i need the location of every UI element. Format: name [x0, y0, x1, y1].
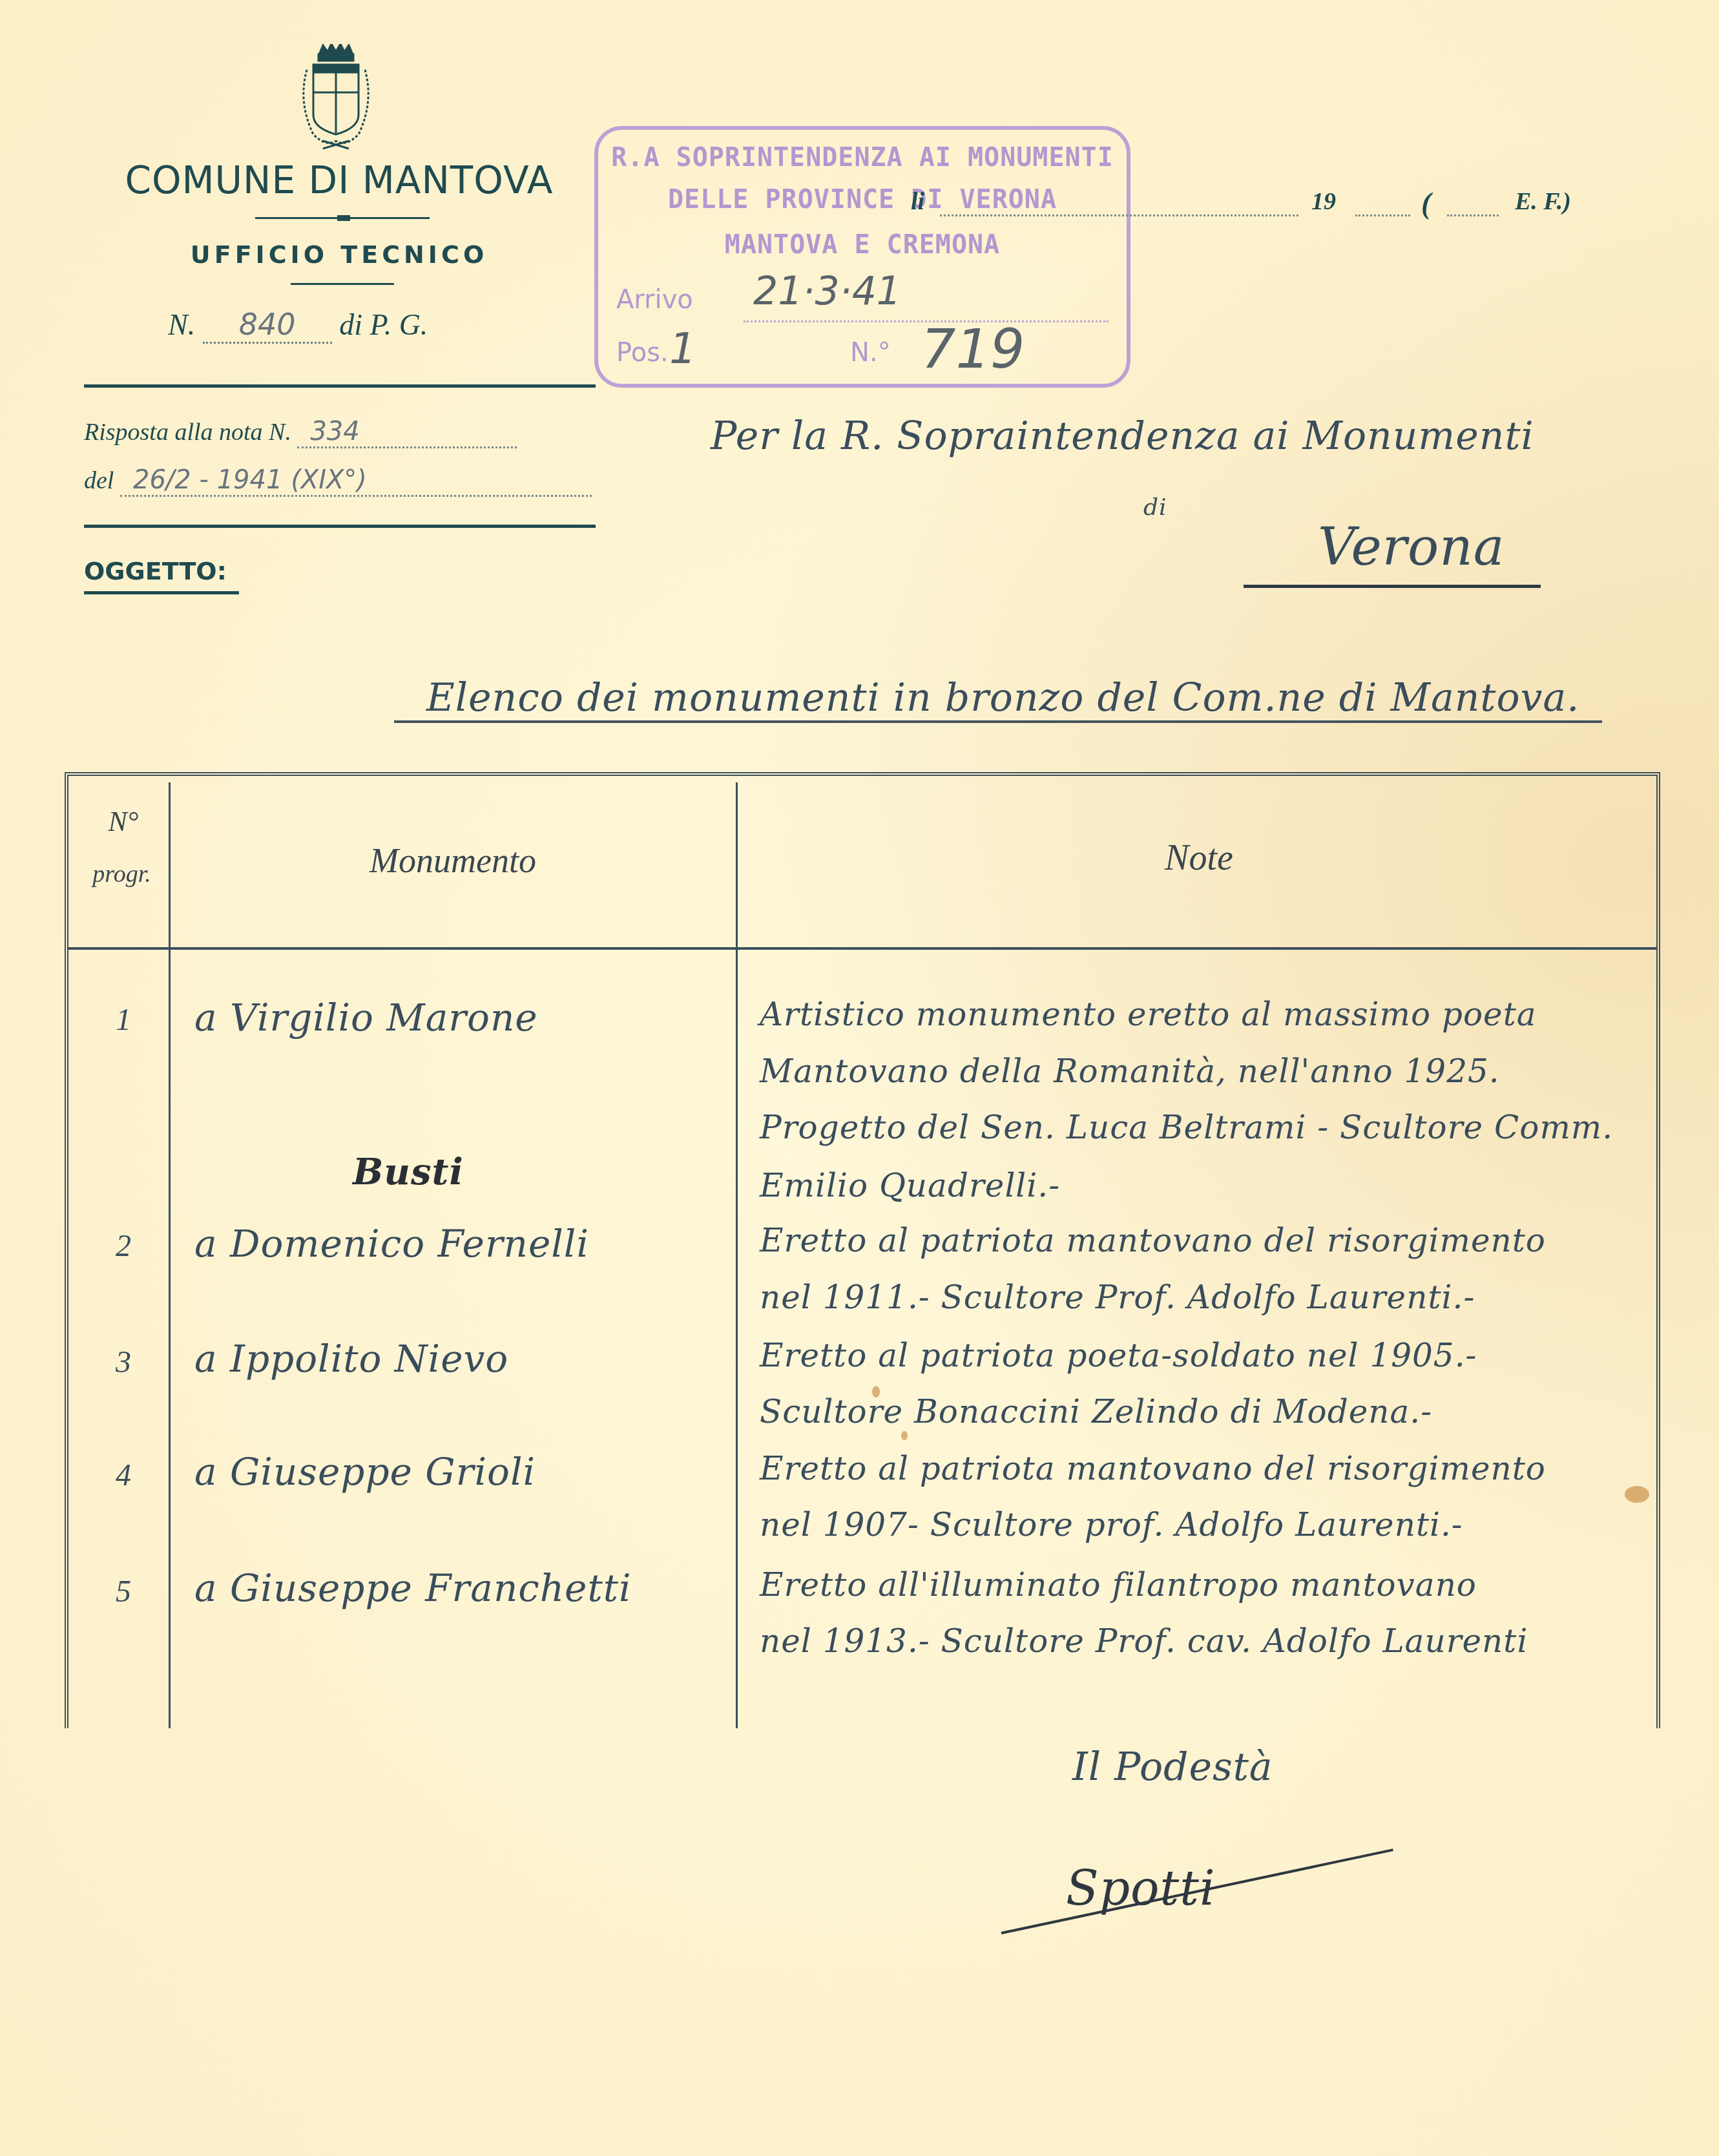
stamp-line-3: MANTOVA E CREMONA — [598, 230, 1127, 260]
office-title: UFFICIO TECNICO — [84, 240, 594, 269]
stamp-position-value: 1 — [669, 324, 696, 373]
paper-stain — [1625, 1486, 1649, 1503]
reply-reference-line: Risposta alla nota N. 334 — [84, 417, 517, 448]
row-number: 5 — [81, 1574, 165, 1609]
era-paren: ( — [1421, 186, 1431, 220]
header-separator — [68, 947, 1656, 950]
stamp-number-value: 719 — [921, 317, 1025, 381]
stamp-line-2: DELLE PROVINCE DI VERONA — [598, 185, 1127, 215]
del-label: del — [84, 467, 114, 494]
row-note-line: nel 1907- Scultore prof. Adolfo Laurenti… — [760, 1506, 1463, 1544]
row-monument: a Virgilio Marone — [194, 996, 538, 1040]
header-number: N° — [88, 805, 159, 838]
stamp-line-1: R.A SOPRINTENDENZA AI MONUMENTI — [598, 143, 1127, 173]
reply-date-field[interactable]: 26/2 - 1941 (XIX°) — [120, 465, 592, 497]
row-note-line: Eretto al patriota mantovano del risorgi… — [760, 1450, 1546, 1487]
protocol-number-line: N. 840 di P. G. — [168, 307, 428, 344]
row-note-line: Eretto al patriota mantovano del risorgi… — [760, 1222, 1546, 1259]
document-subject: Elenco dei monumenti in bronzo del Com.n… — [426, 675, 1579, 720]
reply-number-field[interactable]: 334 — [297, 417, 517, 448]
row-monument: a Domenico Fernelli — [194, 1222, 589, 1266]
subject-label-underline — [84, 591, 239, 594]
row-number: 1 — [81, 1002, 165, 1038]
row-note-line: Mantovano della Romanità, nell'anno 1925… — [760, 1052, 1500, 1090]
row-note-line: Eretto al patriota poeta-soldato nel 190… — [760, 1337, 1477, 1374]
row-note-line: Emilio Quadrelli.- — [760, 1167, 1060, 1204]
signature: Spotti — [1066, 1861, 1216, 1916]
divider — [84, 525, 596, 528]
row-note-line: Progetto del Sen. Luca Beltrami - Sculto… — [760, 1109, 1613, 1146]
row-number: 3 — [81, 1345, 165, 1380]
divider — [291, 283, 394, 285]
addressee-city: Verona — [1318, 517, 1505, 577]
row-note-line: Scultore Bonaccini Zelindo di Modena.- — [760, 1393, 1432, 1430]
reply-label: Risposta alla nota N. — [84, 419, 291, 446]
monuments-table: N° progr. Monumento Note 1 a Virgilio Ma… — [65, 772, 1660, 1728]
year-prefix: 19 — [1311, 187, 1336, 216]
coat-of-arms-icon — [294, 44, 378, 151]
protocol-prefix: N. — [168, 308, 195, 341]
addressee-line: Per la R. Sopraintendenza ai Monumenti — [711, 413, 1534, 459]
paper-stain — [901, 1431, 908, 1440]
arrival-stamp: R.A SOPRINTENDENZA AI MONUMENTI DELLE PR… — [594, 126, 1130, 388]
municipality-title: COMUNE DI MANTOVA — [84, 158, 594, 202]
row-note-line: Artistico monumento eretto al massimo po… — [760, 996, 1537, 1033]
row-monument: a Giuseppe Franchetti — [194, 1566, 632, 1610]
row-monument: a Ippolito Nievo — [194, 1337, 508, 1381]
header-progr: progr. — [78, 860, 165, 888]
era-year-field[interactable] — [1447, 215, 1499, 216]
date-field[interactable] — [940, 215, 1298, 216]
row-note-line: nel 1913.- Scultore Prof. cav. Adolfo La… — [760, 1622, 1528, 1660]
stamp-arrival-date: 21·3·41 — [753, 269, 901, 314]
row-number: 4 — [81, 1458, 165, 1493]
addressee-underline — [1244, 585, 1541, 588]
column-divider — [169, 782, 171, 1728]
section-label-busti: Busti — [353, 1151, 464, 1193]
paper-stain — [872, 1386, 880, 1397]
signature-title: Il Podestà — [1072, 1744, 1273, 1790]
subject-underline — [394, 720, 1602, 723]
header-notes: Note — [740, 837, 1658, 879]
year-field[interactable] — [1355, 215, 1410, 216]
column-divider — [736, 782, 738, 1728]
divider — [84, 384, 596, 388]
addressee-di: di — [1143, 494, 1167, 521]
header-monument: Monumento — [172, 841, 734, 881]
stamp-position-label: Pos. — [616, 338, 669, 368]
row-note-line: Eretto all'illuminato filantropo mantova… — [760, 1566, 1477, 1604]
subject-label: OGGETTO: — [84, 557, 227, 585]
stamp-arrival-label: Arrivo — [616, 285, 693, 315]
date-li-label: li — [911, 187, 924, 216]
row-monument: a Giuseppe Grioli — [194, 1450, 536, 1494]
row-number: 2 — [81, 1228, 165, 1264]
reply-date-line: del 26/2 - 1941 (XIX°) — [84, 465, 592, 497]
era-label: E. F.) — [1515, 187, 1571, 216]
protocol-suffix: di P. G. — [339, 308, 428, 341]
row-note-line: nel 1911.- Scultore Prof. Adolfo Laurent… — [760, 1279, 1475, 1316]
divider-ornament — [337, 215, 350, 221]
stamp-number-label: N.° — [850, 338, 891, 368]
protocol-number-field[interactable]: 840 — [203, 307, 332, 344]
